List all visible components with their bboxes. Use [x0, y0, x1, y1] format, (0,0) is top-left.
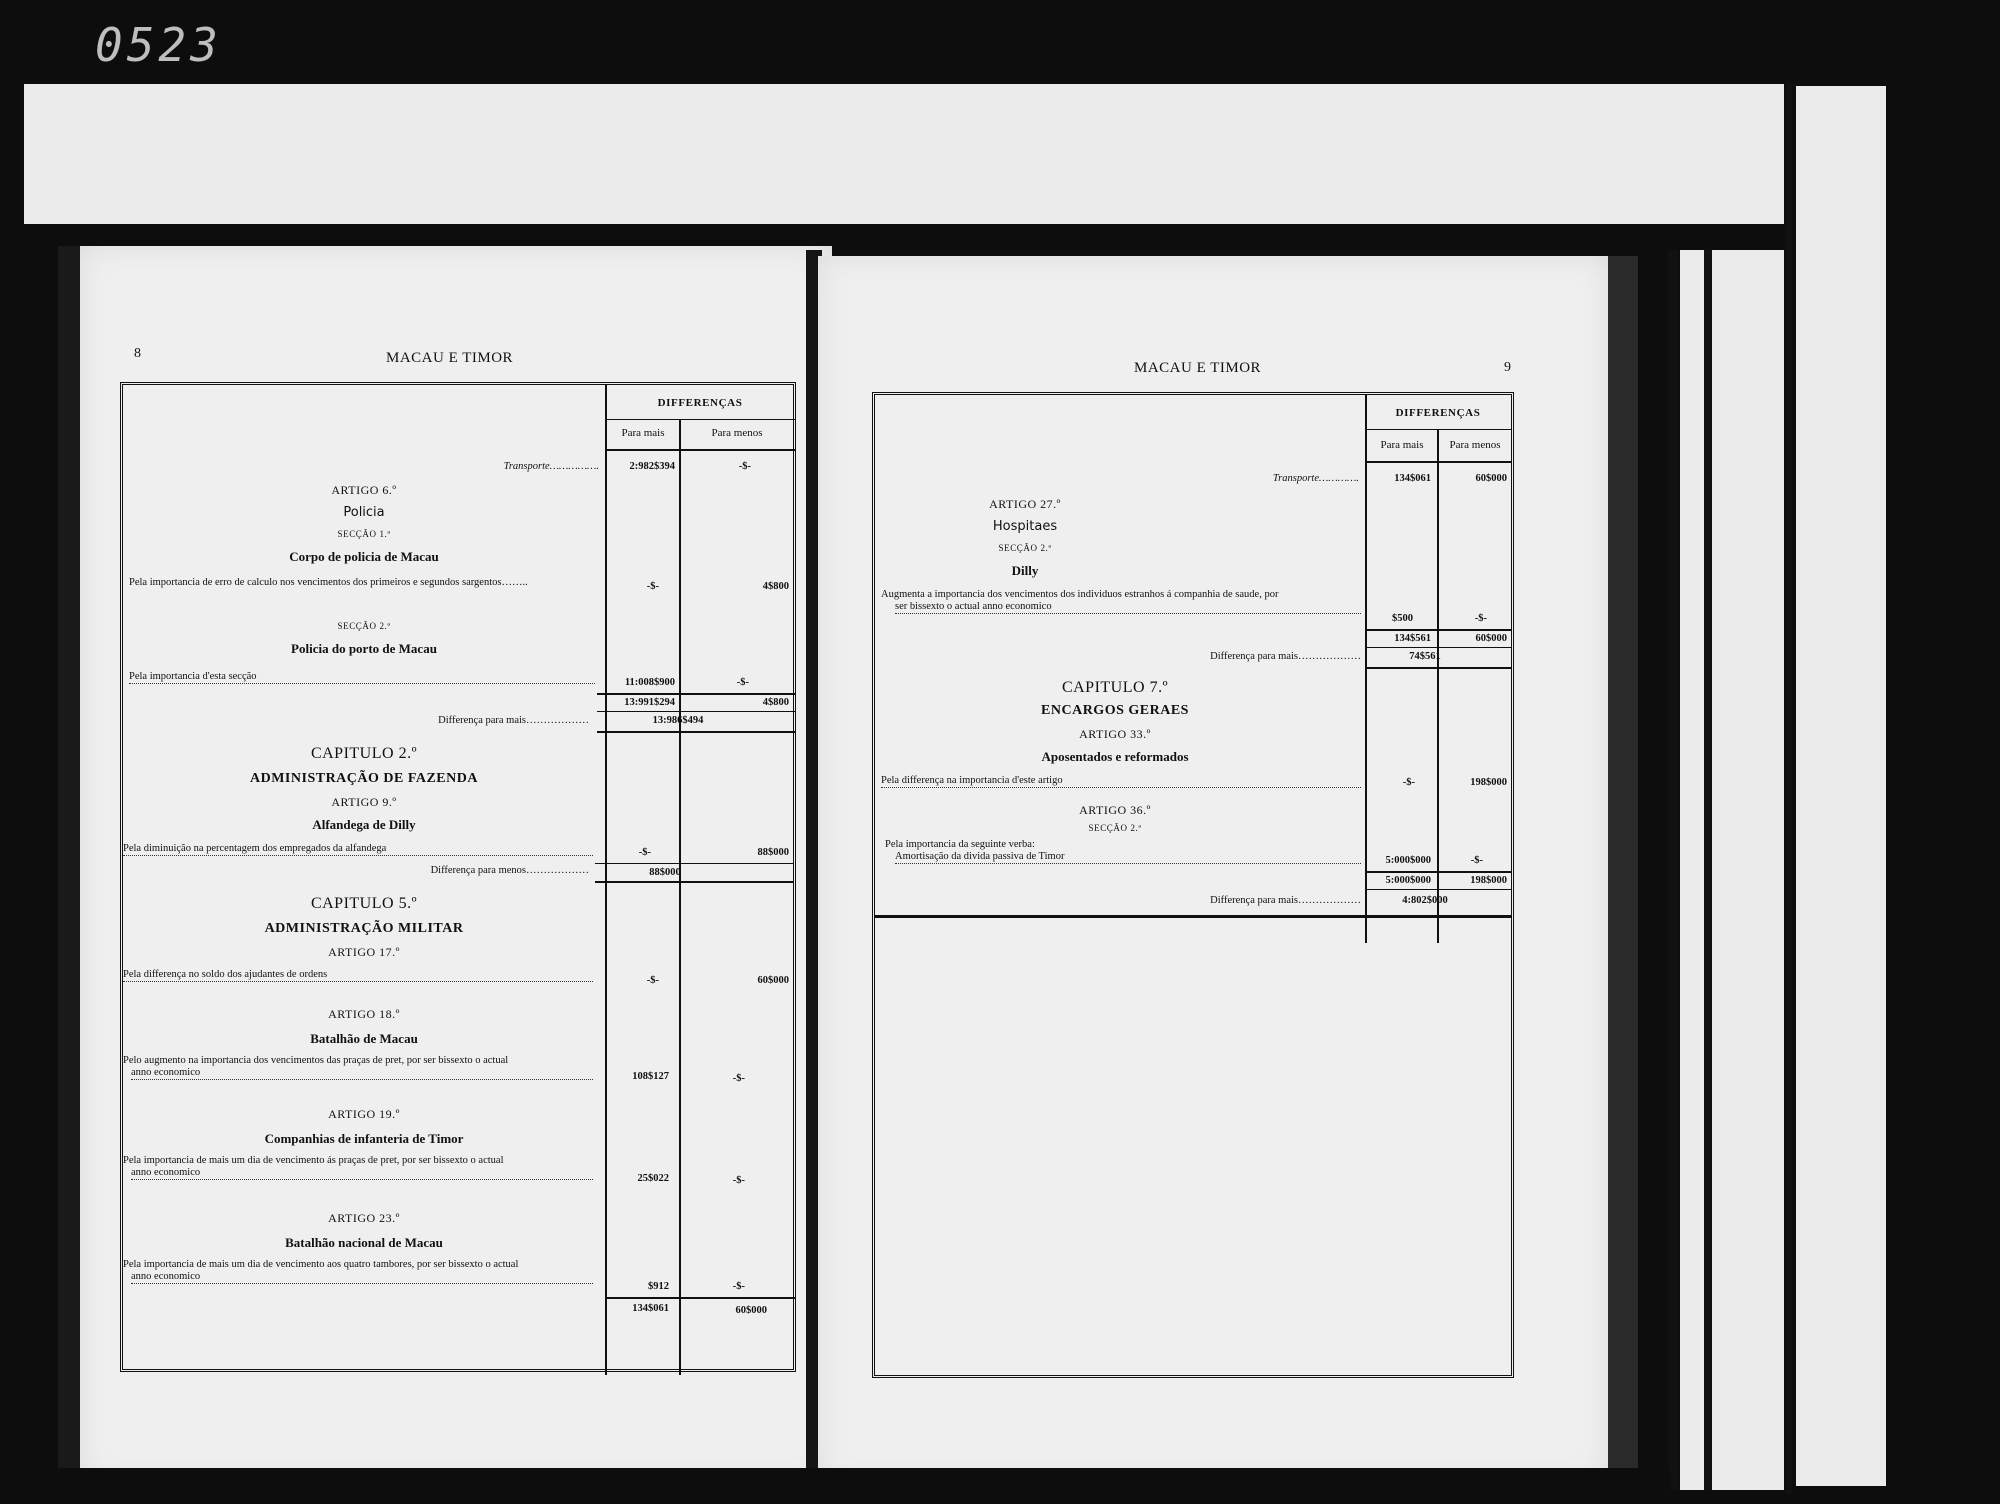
- sum-rule: [1365, 871, 1511, 873]
- seccao-title: Dilly: [955, 563, 1095, 579]
- line-menos: 88$000: [681, 847, 789, 858]
- para-menos-header: Para menos: [681, 427, 793, 439]
- line-menos: -$-: [681, 1073, 745, 1084]
- subtotal-mais: 134$561: [1367, 633, 1431, 644]
- sum-rule: [1365, 889, 1511, 890]
- line-description: Pelo augmento na importancia dos vencime…: [123, 1055, 593, 1067]
- header-rule: [1365, 429, 1511, 430]
- film-bottom-edge: [20, 1468, 1670, 1504]
- sum-rule: [597, 731, 795, 733]
- line-menos: -$-: [681, 1281, 745, 1292]
- difference-label: Differença para mais………………: [373, 715, 589, 727]
- page-number: 9: [1504, 360, 1511, 376]
- page-edge-strip: [1668, 250, 1678, 1490]
- difference-value: 88$000: [595, 867, 735, 878]
- line-mais: 25$022: [607, 1173, 669, 1184]
- artigo-title: Policia: [123, 505, 605, 520]
- page-edge-strip: [1712, 250, 1784, 1490]
- line-description: Augmenta a importancia dos vencimentos d…: [881, 589, 1363, 601]
- table-end-rule: [875, 915, 1511, 918]
- artigo-heading: ARTIGO 33.º: [1015, 727, 1215, 742]
- seccao-title: Corpo de policia de Macau: [123, 549, 605, 565]
- page-edge-strip: [1680, 250, 1704, 1490]
- left-page: 8 MACAU E TIMOR DIFFERENÇAS Para mais Pa…: [58, 246, 832, 1482]
- line-mais: 11:008$900: [607, 677, 675, 688]
- artigo-heading: ARTIGO 36.º: [1015, 803, 1215, 818]
- line-mais: -$-: [607, 847, 651, 858]
- line-description: Pela differença na importancia d'este ar…: [881, 775, 1361, 788]
- budget-table: DIFFERENÇAS Para mais Para menos Transpo…: [872, 392, 1514, 1378]
- difference-label: Differença para mais………………: [1145, 651, 1361, 663]
- page-edge-strip: [1786, 84, 1792, 1494]
- total-menos: 60$000: [681, 1305, 767, 1316]
- subtotal-mais: 13:991$294: [603, 697, 675, 708]
- running-head: MACAU E TIMOR: [386, 350, 513, 367]
- artigo-heading: ARTIGO 17.º: [123, 945, 605, 960]
- artigo-title: Hospitaes: [955, 519, 1095, 534]
- artigo-heading: ARTIGO 23.º: [123, 1211, 605, 1226]
- frame-number: 0523: [95, 18, 222, 72]
- line-mais: -$-: [607, 975, 659, 986]
- line-description: Pela importancia de mais um dia de venci…: [123, 1155, 593, 1167]
- difference-value: 74$561: [1365, 651, 1485, 662]
- sum-rule: [605, 1297, 795, 1299]
- line-description-cont: Amortisação da divida passiva de Timor: [895, 851, 1361, 864]
- page-edge-strip: [1796, 86, 1886, 1486]
- line-description: Pela importancia da seguinte verba:: [885, 839, 1365, 851]
- subtotal-menos: 60$000: [1439, 633, 1507, 644]
- transporte-mais: 134$061: [1367, 473, 1431, 484]
- subtotal-mais: 5:000$000: [1367, 875, 1431, 886]
- line-menos: 4$800: [681, 581, 789, 592]
- artigo-heading: ARTIGO 27.º: [955, 497, 1095, 512]
- para-mais-header: Para mais: [1367, 439, 1437, 451]
- artigo-heading: ARTIGO 6.º: [123, 483, 605, 498]
- difference-value: 13:986$494: [603, 715, 753, 726]
- para-mais-header: Para mais: [607, 427, 679, 439]
- line-menos: 60$000: [681, 975, 789, 986]
- transporte-menos: 60$000: [1439, 473, 1507, 484]
- page-number: 8: [134, 346, 141, 362]
- transporte-label: Transporte…………….: [423, 461, 599, 473]
- col-divider: [679, 419, 681, 1375]
- artigo-heading: ARTIGO 19.º: [123, 1107, 605, 1122]
- page-edge-strip: [1704, 250, 1712, 1490]
- line-mais: $912: [607, 1281, 669, 1292]
- line-mais: 5:000$000: [1367, 855, 1431, 866]
- line-description-cont: ser bissexto o actual anno economico: [895, 601, 1361, 614]
- sum-rule: [595, 881, 793, 883]
- line-menos: -$-: [681, 677, 749, 688]
- seccao-heading: SECÇÃO 2.ª: [955, 543, 1095, 553]
- artigo-heading: ARTIGO 9.º: [123, 795, 605, 810]
- line-menos: -$-: [1439, 613, 1487, 624]
- chapter-title: ADMINISTRAÇÃO MILITAR: [123, 921, 605, 937]
- sum-rule: [1365, 667, 1511, 669]
- artigo-title: Companhias de infanteria de Timor: [123, 1131, 605, 1147]
- artigo-title: Batalhão nacional de Macau: [123, 1235, 605, 1251]
- capitulo-heading: CAPITULO 5.º: [123, 895, 605, 913]
- chapter-title: ENCARGOS GERAES: [1015, 703, 1215, 719]
- artigo-title: Aposentados e reformados: [975, 749, 1255, 765]
- differencas-header: DIFFERENÇAS: [607, 397, 793, 409]
- artigo-title: Alfandega de Dilly: [123, 817, 605, 833]
- line-description: Pela importancia de mais um dia de venci…: [123, 1259, 593, 1271]
- line-mais: 108$127: [607, 1071, 669, 1082]
- line-menos: 198$000: [1439, 777, 1507, 788]
- sum-rule: [597, 693, 795, 695]
- line-description-cont: anno economico: [131, 1167, 593, 1180]
- transporte-mais: 2:982$394: [607, 461, 675, 472]
- sum-rule: [1365, 629, 1511, 631]
- total-mais: 134$061: [607, 1303, 669, 1314]
- difference-label: Differença para menos………………: [373, 865, 589, 877]
- line-description-cont: anno economico: [131, 1067, 593, 1080]
- seccao-heading: SECÇÃO 2.ª: [123, 621, 605, 631]
- artigo-heading: ARTIGO 18.º: [123, 1007, 605, 1022]
- line-description: Pela diminuição na percentagem dos empre…: [123, 843, 593, 856]
- line-description: Pela importancia d'esta secção: [129, 671, 595, 684]
- capitulo-heading: CAPITULO 2.º: [123, 745, 605, 763]
- chapter-title: ADMINISTRAÇÃO DE FAZENDA: [123, 771, 605, 787]
- line-description: Pela differença no soldo dos ajudantes d…: [123, 969, 593, 982]
- sum-rule: [1365, 647, 1511, 648]
- difference-label: Differença para mais………………: [1145, 895, 1361, 907]
- running-head: MACAU E TIMOR: [1134, 360, 1261, 377]
- transporte-menos: -$-: [681, 461, 751, 472]
- difference-value: 4:802$000: [1365, 895, 1485, 906]
- sum-rule: [595, 863, 793, 864]
- line-menos: -$-: [1439, 855, 1483, 866]
- sum-rule: [597, 711, 795, 712]
- differencas-header: DIFFERENÇAS: [1367, 407, 1509, 419]
- para-menos-header: Para menos: [1439, 439, 1511, 451]
- line-mais: -$-: [607, 581, 659, 592]
- artigo-title: Batalhão de Macau: [123, 1031, 605, 1047]
- line-description-cont: anno economico: [131, 1271, 593, 1284]
- sheet-back: [24, 84, 1784, 224]
- header-rule: [605, 419, 795, 420]
- line-mais: -$-: [1367, 777, 1415, 788]
- header-rule: [1365, 461, 1511, 463]
- transporte-label: Transporte………….: [1175, 473, 1359, 485]
- line-menos: -$-: [681, 1175, 745, 1186]
- subtotal-menos: 198$000: [1439, 875, 1507, 886]
- seccao-title: Policia do porto de Macau: [123, 641, 605, 657]
- seccao-heading: SECÇÃO 1.ª: [123, 529, 605, 539]
- header-rule: [605, 449, 795, 451]
- seccao-heading: SECÇÃO 2.ª: [1015, 823, 1215, 833]
- right-page: MACAU E TIMOR 9 DIFFERENÇAS Para mais Pa…: [818, 256, 1638, 1482]
- line-mais: $500: [1367, 613, 1413, 624]
- col-divider: [605, 385, 607, 1375]
- subtotal-menos: 4$800: [681, 697, 789, 708]
- budget-table: DIFFERENÇAS Para mais Para menos Transpo…: [120, 382, 796, 1372]
- capitulo-heading: CAPITULO 7.º: [1015, 679, 1215, 697]
- line-description: Pela importancia de erro de calculo nos …: [129, 577, 599, 589]
